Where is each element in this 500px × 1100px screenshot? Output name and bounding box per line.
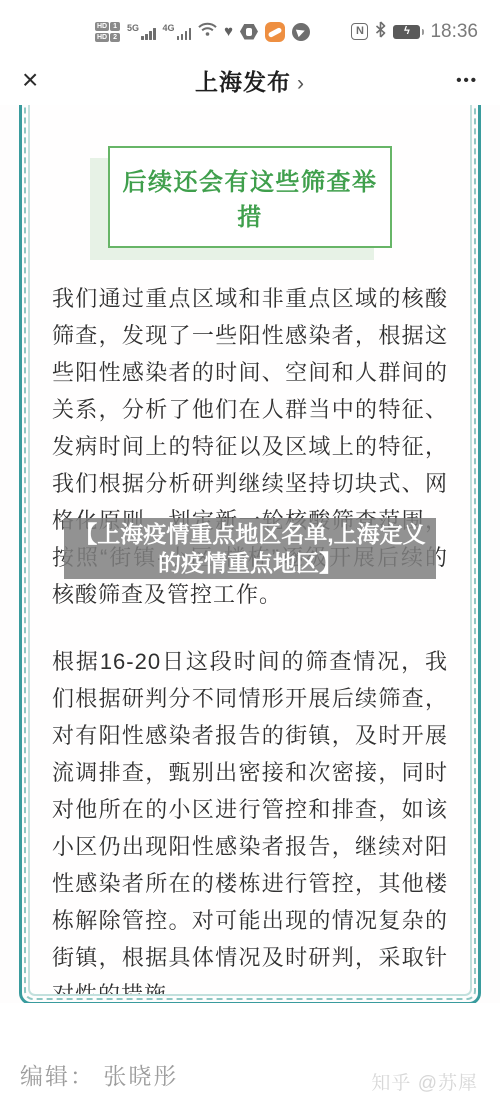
wifi-icon	[198, 22, 217, 42]
network-5g-label: 5G	[127, 23, 139, 33]
nav-bar: × 上海发布› •••	[0, 55, 500, 105]
overlay-watermark-band: 【上海疫情重点地区名单,上海定义的疫情重点地区】	[64, 518, 436, 579]
network-4g-label: 4G	[163, 23, 175, 33]
signal-bars-icon	[177, 28, 192, 40]
editor-credit: 编辑： 张晓彤	[20, 1058, 178, 1091]
browser-compass-icon	[292, 23, 310, 41]
volte-hd-badges: HD 1 HD 2	[95, 22, 120, 42]
hd-icon: HD	[95, 33, 109, 42]
status-right-cluster: N ϟ 18:36	[351, 21, 478, 43]
paragraph-2: 根据16-20日这段时间的筛查情况，我们根据研判分不同情形开展后续筛查，对有阳性…	[52, 643, 448, 996]
zhihu-watermark: 知乎 @苏犀	[371, 1068, 478, 1095]
article-body: 我们通过重点区域和非重点区域的核酸筛查，发现了一些阳性感染者，根据这些阳性感染者…	[52, 280, 448, 996]
signal-4g: 4G	[163, 23, 192, 40]
account-name[interactable]: 上海发布	[195, 69, 291, 95]
section-title-badge: 后续还会有这些筛查举措	[108, 146, 392, 248]
status-left-cluster: HD 1 HD 2 5G 4G ♥	[95, 22, 310, 42]
battery-charging-icon: ϟ	[393, 25, 420, 39]
sim2-number: 2	[110, 33, 120, 42]
signal-bars-icon	[141, 28, 156, 40]
clock-time: 18:36	[430, 21, 478, 43]
chevron-right-icon: ›	[297, 72, 305, 95]
nfc-icon: N	[351, 23, 368, 40]
sim1-hd-badge: HD 1	[95, 22, 120, 31]
page-title[interactable]: 上海发布›	[0, 64, 500, 97]
bluetooth-icon	[375, 21, 386, 43]
hand-hexagon-icon	[240, 24, 258, 40]
sim2-hd-badge: HD 2	[95, 33, 120, 42]
hd-icon: HD	[95, 22, 109, 31]
handshake-app-icon	[265, 22, 285, 42]
sim1-number: 1	[110, 22, 120, 31]
lightning-icon: ϟ	[404, 26, 410, 37]
health-heart-icon: ♥	[224, 24, 233, 39]
signal-5g: 5G	[127, 23, 156, 40]
status-bar: HD 1 HD 2 5G 4G ♥ N	[0, 0, 500, 55]
